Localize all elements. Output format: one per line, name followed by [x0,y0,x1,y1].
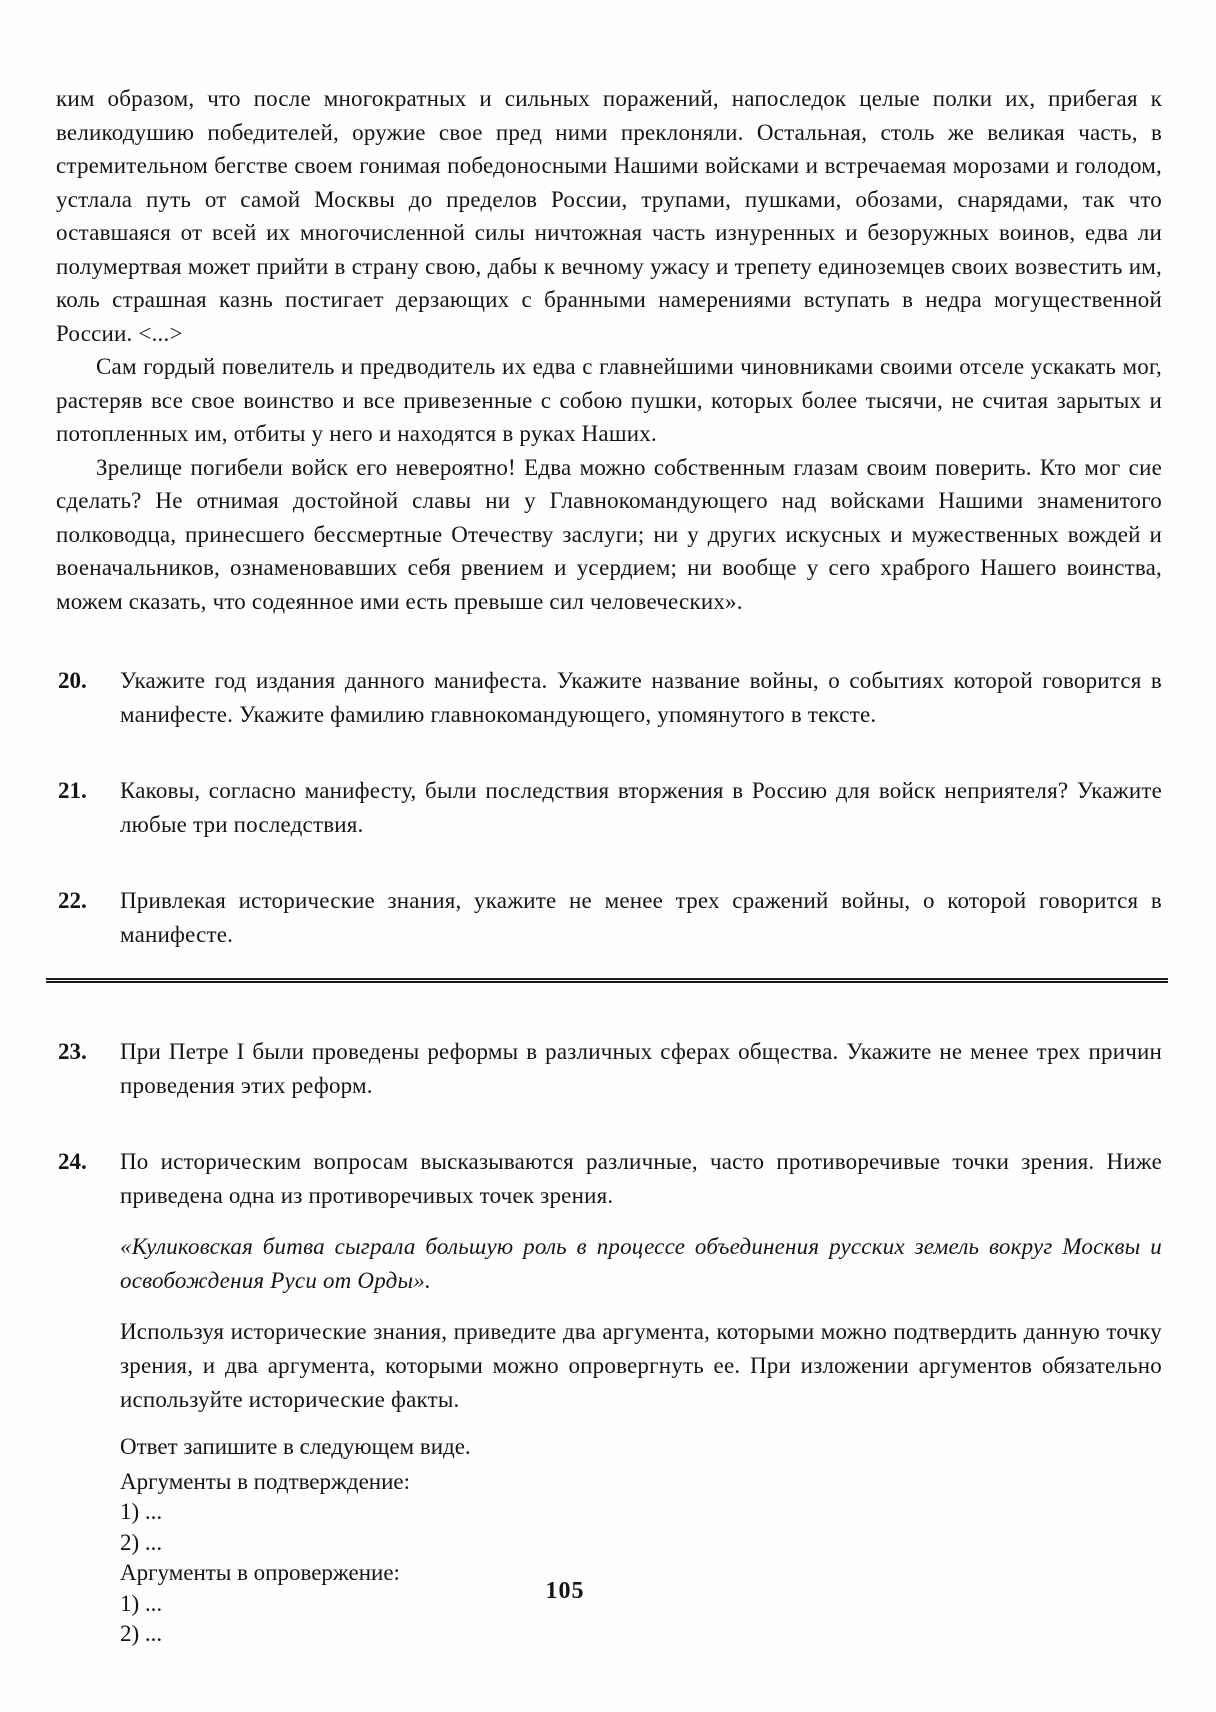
question-23-body: При Петре I были проведены реформы в раз… [120,1035,1162,1103]
question-24-pro-item-2: 2) ... [120,1528,1162,1559]
manifesto-paragraph-3: Зрелище погибели войск его невероятно! Е… [56,451,1162,619]
questions-on-source: 20. Укажите год издания данного манифест… [56,664,1162,952]
question-20-number: 20. [56,664,120,698]
question-20: 20. Укажите год издания данного манифест… [56,664,1162,732]
question-24-body: По историческим вопросам высказываются р… [120,1145,1162,1650]
page-content: ким образом, что после многократных и си… [56,82,1162,1650]
question-22-body: Привлекая исторические знания, укажите н… [120,884,1162,952]
question-23-number: 23. [56,1035,120,1069]
question-23-text: При Петре I были проведены реформы в раз… [120,1035,1162,1103]
section-divider-rule [46,978,1168,983]
question-20-text: Укажите год издания данного манифеста. У… [120,664,1162,732]
question-21-body: Каковы, согласно манифесту, были последс… [120,774,1162,842]
page-number: 105 [546,1578,585,1604]
question-24-pro-item-1: 1) ... [120,1497,1162,1528]
question-21-text: Каковы, согласно манифесту, были последс… [120,774,1162,842]
question-24-task: Используя исторические знания, приведите… [120,1315,1162,1417]
question-24-quote: «Куликовская битва сыграла большую роль … [120,1230,1162,1298]
questions-general: 23. При Петре I были проведены реформы в… [56,1035,1162,1650]
question-22-text: Привлекая исторические знания, укажите н… [120,884,1162,952]
question-21: 21. Каковы, согласно манифесту, были пос… [56,774,1162,842]
question-24-pro-label: Аргументы в подтверждение: [120,1467,1162,1498]
question-24-con-item-2: 2) ... [120,1619,1162,1650]
manifesto-paragraph-1: ким образом, что после многократных и си… [56,82,1162,350]
question-24-number: 24. [56,1145,120,1179]
question-23: 23. При Петре I были проведены реформы в… [56,1035,1162,1103]
question-24-intro: По историческим вопросам высказываются р… [120,1145,1162,1213]
question-24: 24. По историческим вопросам высказывают… [56,1145,1162,1650]
question-22-number: 22. [56,884,120,918]
manifesto-excerpt: ким образом, что после многократных и си… [56,82,1162,618]
page-footer: 105 [0,1578,1130,1605]
question-20-body: Укажите год издания данного манифеста. У… [120,664,1162,732]
manifesto-paragraph-2: Сам гордый повелитель и предводитель их … [56,350,1162,451]
question-24-answer-note: Ответ запишите в следующем виде. [120,1432,1162,1463]
document-page: ким образом, что после многократных и си… [0,0,1216,1712]
question-22: 22. Привлекая исторические знания, укажи… [56,884,1162,952]
question-21-number: 21. [56,774,120,808]
